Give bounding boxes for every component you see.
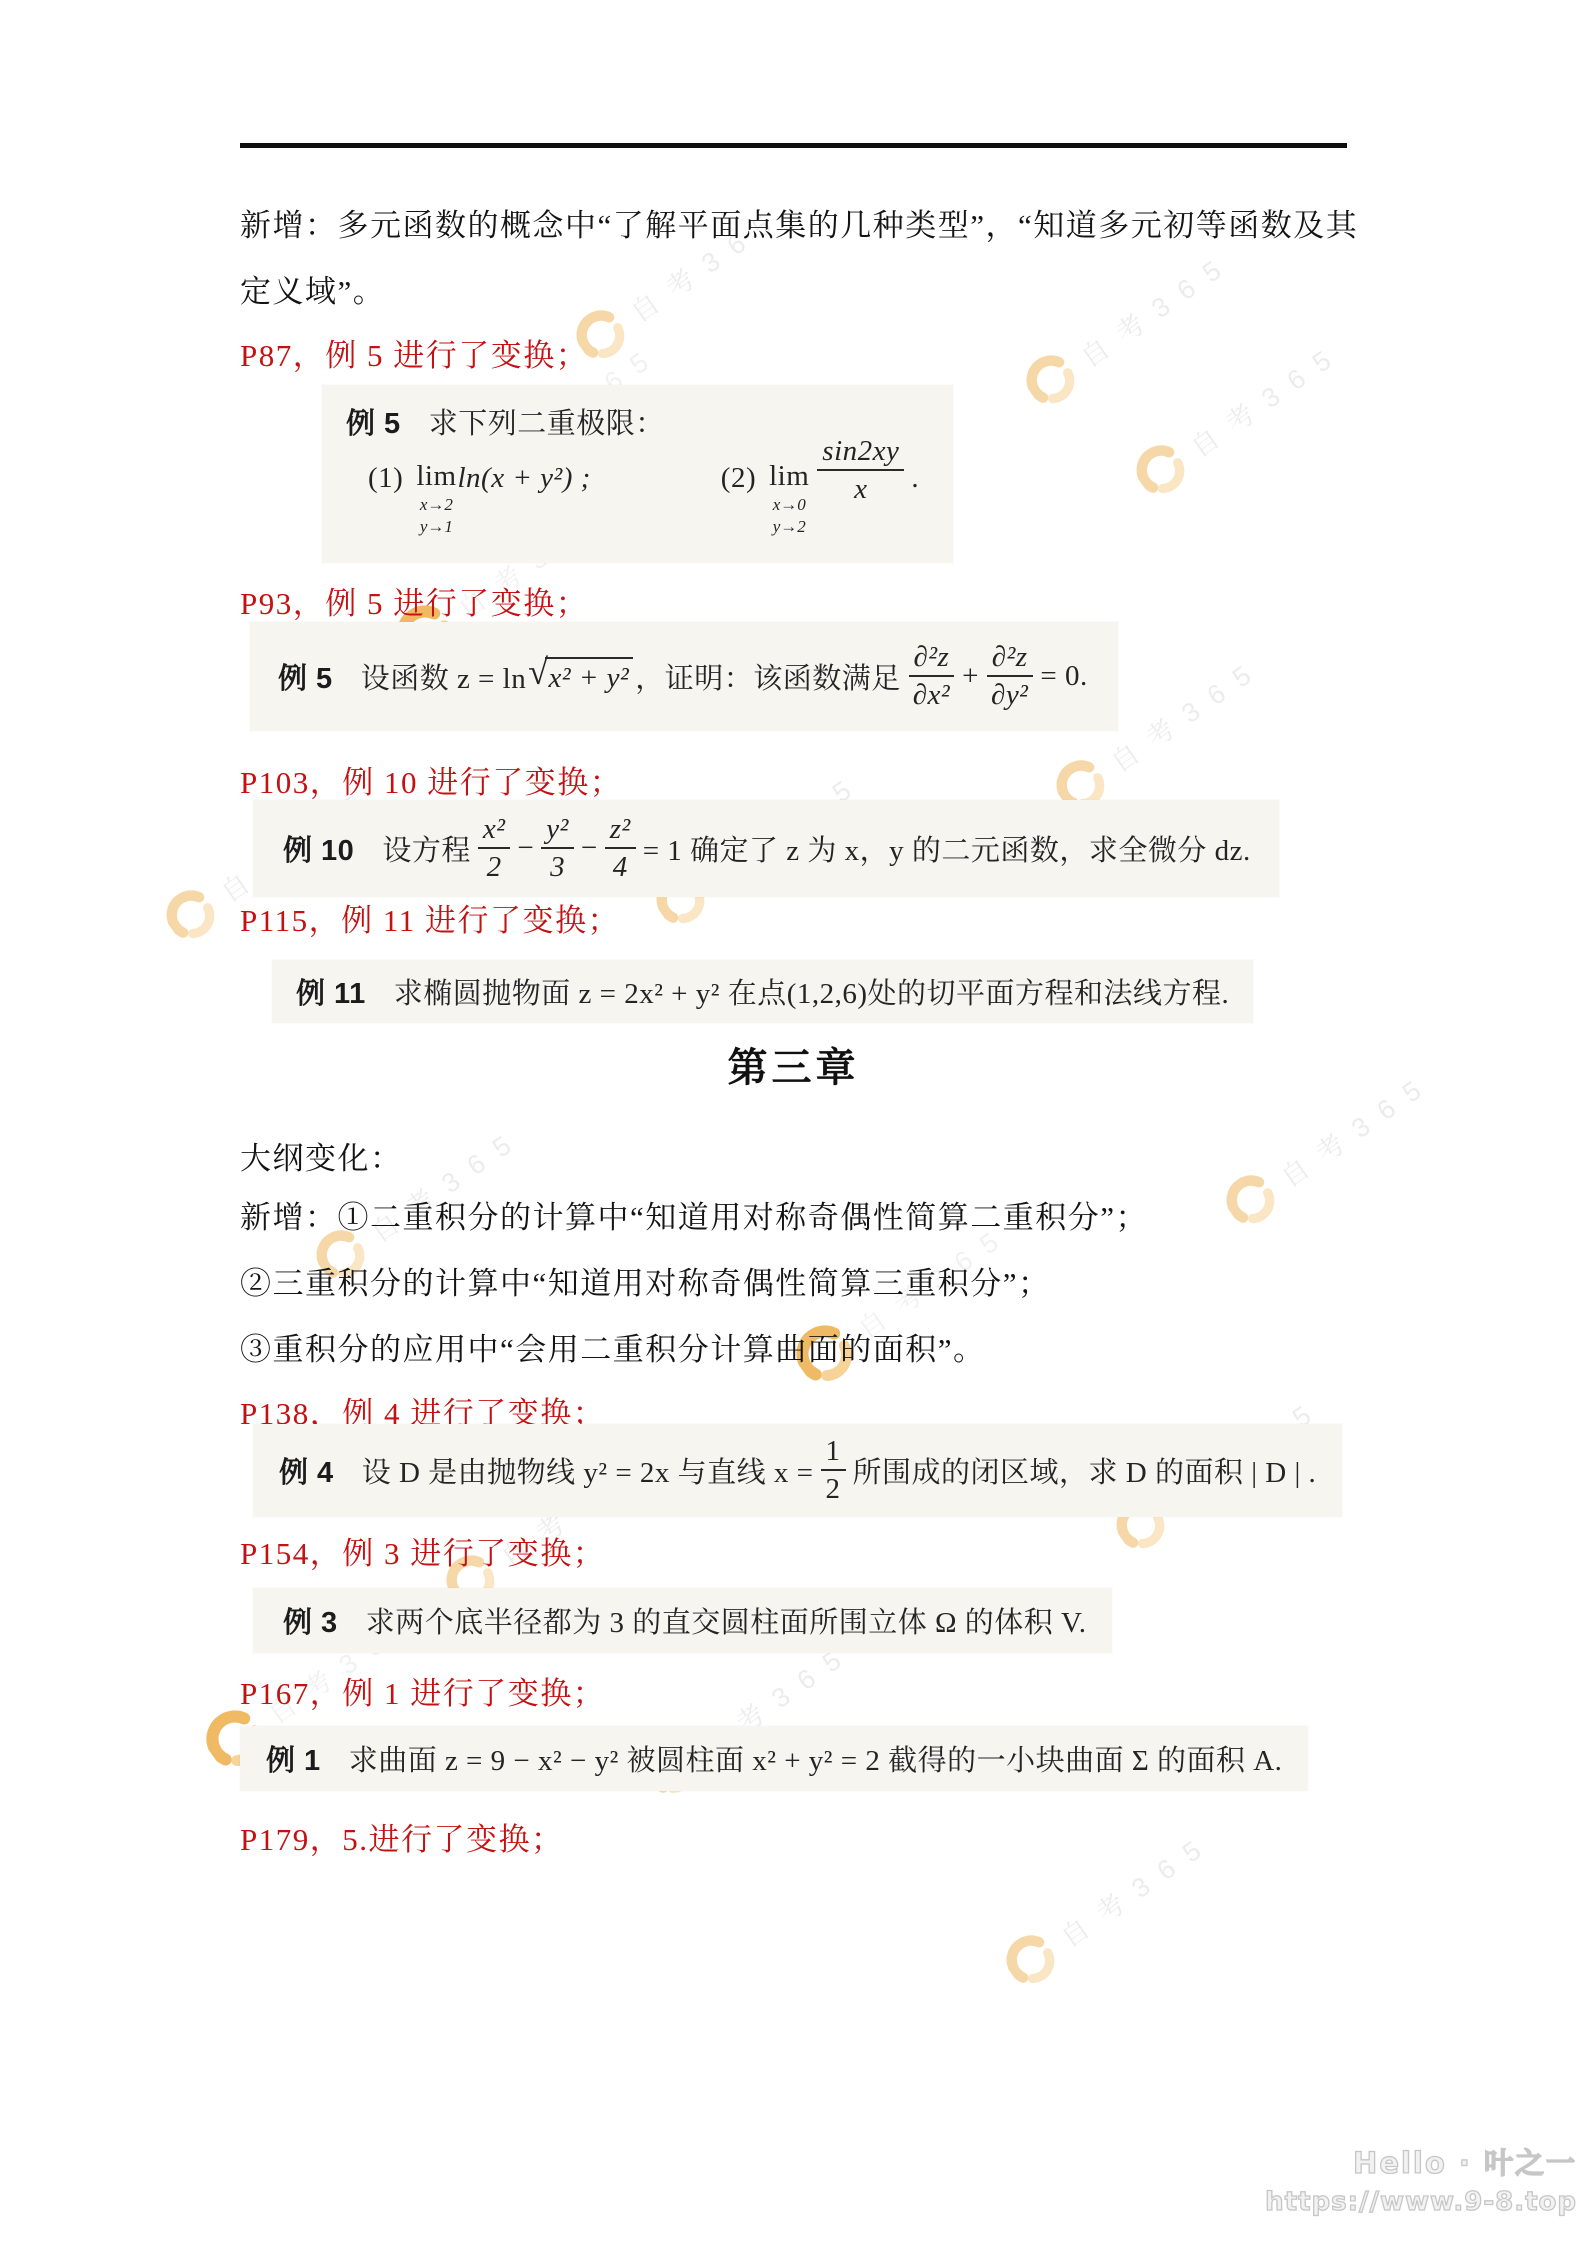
lim-subscript: x→2: [420, 496, 453, 513]
example-label: 例 4: [279, 1450, 334, 1491]
lim-word: lim: [416, 462, 456, 491]
example-label: 例 3: [283, 1600, 338, 1641]
fraction: x² 2: [478, 814, 511, 883]
fraction-denominator: ∂x²: [908, 677, 955, 710]
limit-stack: lim x→0 y→2: [769, 462, 809, 535]
limit-item-2: (2) lim x→0 y→2 sin2xy x .: [721, 462, 919, 535]
fraction-denominator: 2: [821, 1471, 846, 1504]
note-p115: P115，例 11 进行了变换；: [240, 895, 620, 940]
item-number: (1): [368, 462, 403, 495]
chapter-heading: 第三章: [240, 1036, 1347, 1093]
figure-ex5-laplace: 例 5 设函数 z = ln √ x² + y² ，证明：该函数满足 ∂²z ∂…: [250, 622, 1118, 731]
square-root: √ x² + y²: [528, 657, 633, 695]
fraction-denominator: 4: [608, 849, 633, 882]
site-watermark-url: https://www.9-8.top: [1265, 2184, 1577, 2222]
figure-ex4: 例 4 设 D 是由抛物线 y² = 2x 与直线 x = 1 2 所围成的闭区…: [253, 1424, 1342, 1517]
fraction-numerator: sin2xy: [817, 436, 904, 471]
fraction: ∂²z ∂y²: [986, 642, 1033, 711]
outline-item-2: ②三重积分的计算中“知道用对称奇偶性简算三重积分”；: [240, 1258, 1051, 1303]
note-p154: P154，例 3 进行了变换；: [240, 1528, 605, 1573]
intro-paragraph-line2: 定义域”。: [240, 266, 385, 311]
example-label: 例 5: [278, 656, 333, 697]
note-p87: P87，例 5 进行了变换；: [240, 330, 588, 375]
fraction-numerator: y²: [541, 814, 574, 849]
operator: −: [517, 832, 534, 865]
fraction-numerator: ∂²z: [909, 642, 955, 677]
document-content: 新增：多元函数的概念中“了解平面点集的几种类型”，“知道多元初等函数及其 定义域…: [0, 0, 1587, 2245]
intro-paragraph-line1: 新增：多元函数的概念中“了解平面点集的几种类型”，“知道多元初等函数及其: [240, 200, 1358, 245]
radicand: x² + y²: [545, 657, 634, 695]
limit-item-1: (1) lim x→2 y→1 ln(x + y²) ;: [368, 462, 591, 535]
fraction-numerator: x²: [478, 814, 511, 849]
fraction: sin2xy x: [817, 436, 904, 505]
fraction-numerator: ∂²z: [987, 642, 1033, 677]
example-label: 例 1: [266, 1738, 321, 1779]
example-intro: 求下列二重极限：: [429, 401, 665, 442]
figure-ex5-limits: 例 5 求下列二重极限： (1) lim x→2 y→1 ln(x + y²) …: [322, 385, 953, 563]
example-label: 例 11: [296, 971, 366, 1012]
figure-ex11: 例 11 求椭圆抛物面 z = 2x² + y² 在点(1,2,6)处的切平面方…: [272, 960, 1253, 1023]
formula-tail: = 1 确定了 z 为 x，y 的二元函数，求全微分 dz.: [643, 828, 1251, 869]
lim-subscript: x→0: [773, 496, 806, 513]
figure-ex3: 例 3 求两个底半径都为 3 的直交圆柱面所围立体 Ω 的体积 V.: [253, 1588, 1112, 1653]
formula-pre: 设函数 z = ln: [361, 656, 527, 697]
formula-tail: 所围成的闭区域，求 D 的面积 | D | .: [853, 1450, 1317, 1491]
note-p179: P179，5.进行了变换；: [240, 1814, 564, 1859]
formula-tail: = 0.: [1040, 660, 1087, 693]
outline-item-1: 新增：①二重积分的计算中“知道用对称奇偶性简算二重积分”；: [240, 1192, 1148, 1237]
formula-tail: .: [911, 462, 919, 495]
fraction: y² 3: [541, 814, 574, 883]
fraction-denominator: 2: [482, 849, 507, 882]
fraction-denominator: 3: [545, 849, 570, 882]
example-text: 求曲面 z = 9 − x² − y² 被圆柱面 x² + y² = 2 截得的…: [349, 1738, 1283, 1779]
fraction: z² 4: [605, 814, 636, 883]
fraction: 1 2: [821, 1436, 846, 1505]
note-p93: P93，例 5 进行了变换；: [240, 578, 588, 623]
figure-ex10: 例 10 设方程 x² 2 − y² 3 − z² 4 = 1 确定了 z 为 …: [253, 800, 1279, 897]
lim-subscript: y→2: [773, 518, 806, 535]
fraction-denominator: x: [849, 471, 872, 504]
fraction-denominator: ∂y²: [986, 677, 1033, 710]
site-watermark-name: Hello · 叶之一: [1265, 2142, 1577, 2184]
note-p167: P167，例 1 进行了变换；: [240, 1668, 605, 1713]
lim-subscript: y→1: [420, 518, 453, 535]
example-text: 求两个底半径都为 3 的直交圆柱面所围立体 Ω 的体积 V.: [366, 1600, 1087, 1641]
top-divider: [240, 143, 1347, 148]
outline-item-3: ③重积分的应用中“会用二重积分计算曲面的面积”。: [240, 1324, 986, 1369]
formula-pre: 设方程: [382, 828, 471, 869]
document-page: 自考365 自考365 自考365 自考365 自考365 自考365 自考36…: [0, 0, 1587, 2245]
outline-label: 大纲变化：: [240, 1133, 403, 1178]
radical-sign: √: [528, 654, 548, 690]
example-text: 求椭圆抛物面 z = 2x² + y² 在点(1,2,6)处的切平面方程和法线方…: [394, 971, 1230, 1012]
fraction: ∂²z ∂x²: [908, 642, 955, 711]
note-p103: P103，例 10 进行了变换；: [240, 757, 622, 802]
figure-ex1: 例 1 求曲面 z = 9 − x² − y² 被圆柱面 x² + y² = 2…: [240, 1726, 1308, 1791]
operator: +: [962, 660, 979, 693]
formula-pre: 设 D 是由抛物线 y² = 2x 与直线 x =: [362, 1450, 814, 1491]
fraction-numerator: z²: [605, 814, 636, 849]
operator: −: [581, 832, 598, 865]
lim-word: lim: [769, 462, 809, 491]
example-label: 例 5: [346, 401, 401, 442]
item-number: (2): [721, 462, 756, 495]
limit-stack: lim x→2 y→1: [416, 462, 456, 535]
fraction-numerator: 1: [821, 1436, 846, 1471]
site-watermark: Hello · 叶之一 https://www.9-8.top: [1265, 2142, 1577, 2222]
limit-expression: ln(x + y²) ;: [458, 462, 591, 495]
formula-mid: ，证明：该函数满足: [635, 656, 901, 697]
example-label: 例 10: [283, 828, 354, 869]
